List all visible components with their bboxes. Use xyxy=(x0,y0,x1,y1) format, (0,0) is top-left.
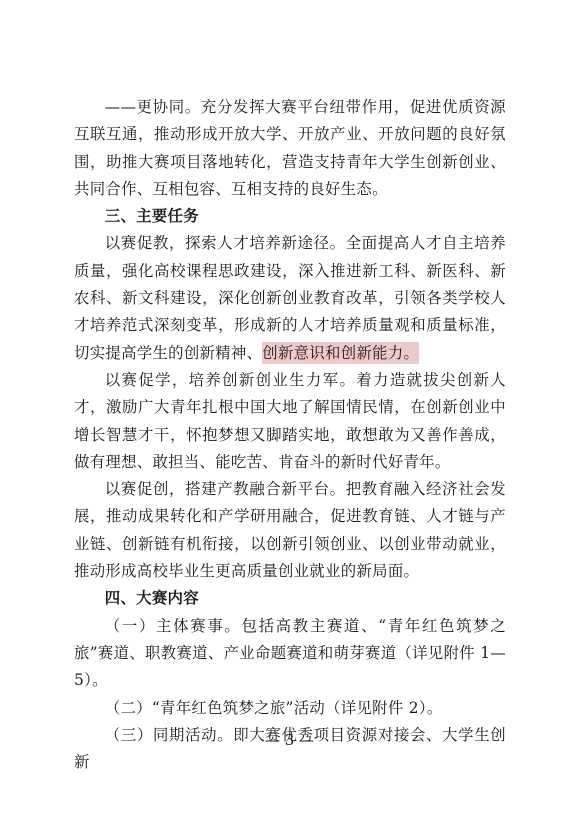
document-page: ——更协同。充分发挥大赛平台纽带作用，促进优质资源互联互通，推动形成开放大学、开… xyxy=(74,94,506,776)
paragraph-promote-learning: 以赛促学，培养创新创业生力军。着力造就拔尖创新人才，激励广大青年扎根中国大地了解… xyxy=(74,367,506,476)
section-heading-main-tasks: 三、主要任务 xyxy=(74,203,506,230)
page-number: — 3 — xyxy=(0,729,579,751)
paragraph-main-events: （一）主体赛事。包括高教主赛道、“青年红色筑梦之旅”赛道、职教赛道、产业命题赛道… xyxy=(74,613,506,695)
highlighted-text: 创新意识和创新能力。 xyxy=(262,342,419,364)
paragraph-red-journey-activity: （二）“青年红色筑梦之旅”活动（详见附件 2）。 xyxy=(74,695,506,722)
paragraph-more-collaborative: ——更协同。充分发挥大赛平台纽带作用，促进优质资源互联互通，推动形成开放大学、开… xyxy=(74,94,506,203)
paragraph-promote-innovation: 以赛促创，搭建产教融合新平台。把教育融入经济社会发展，推动成果转化和产学研用融合… xyxy=(74,476,506,585)
paragraph-promote-teaching: 以赛促教，探索人才培养新途径。全面提高人才自主培养质量，强化高校课程思政建设，深… xyxy=(74,230,506,366)
section-heading-competition-content: 四、大赛内容 xyxy=(74,585,506,612)
